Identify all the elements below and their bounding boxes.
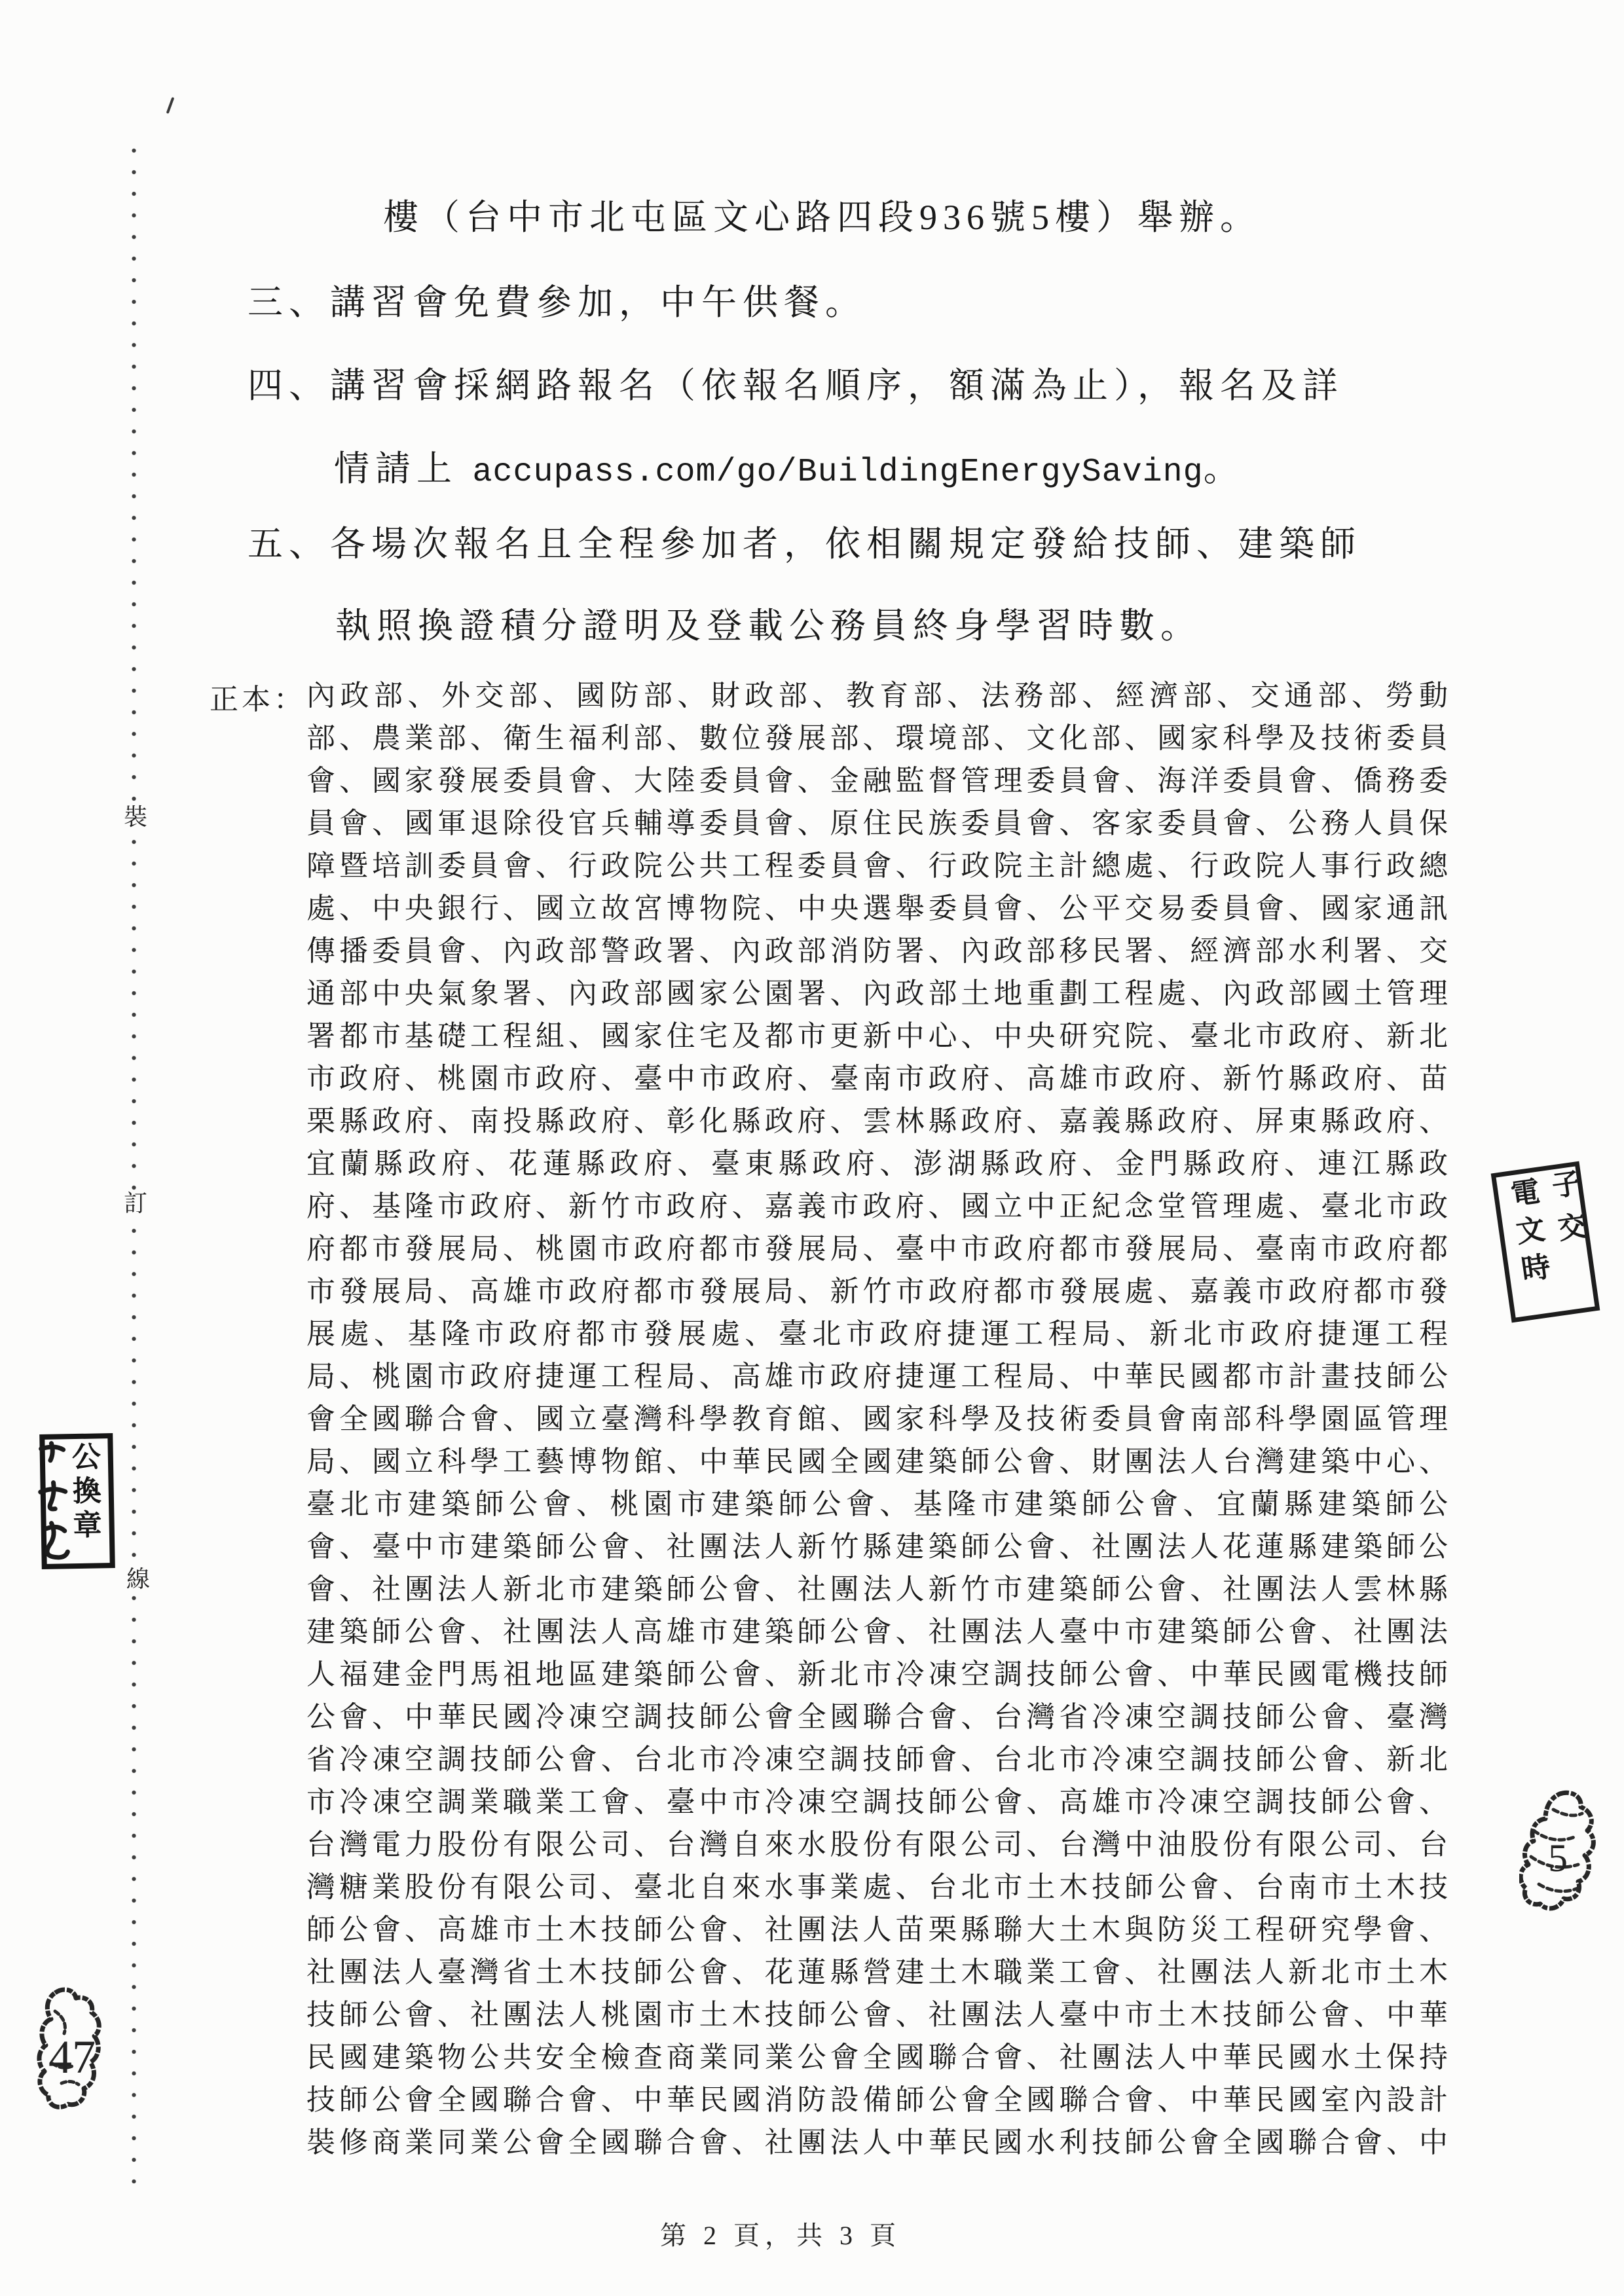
recipient-line: 會、國家發展委員會、大陸委員會、金融監督管理委員會、海洋委員會、僑務委 [306,759,1449,802]
recipient-line: 府、基隆市政府、新竹市政府、嘉義市政府、國立中正紀念堂管理處、臺北市政 [306,1185,1449,1228]
recipient-line: 內政部、外交部、國防部、財政部、教育部、法務部、經濟部、交通部、勞動 [306,674,1449,717]
recipient-line: 建築師公會、社團法人高雄市建築師公會、社團法人臺中市建築師公會、社團法 [306,1611,1449,1653]
recipient-line: 技師公會全國聯合會、中華民國消防設備師公會全國聯合會、中華民國室內設計 [306,2079,1449,2121]
registration-suffix-text: 。 [1204,449,1245,488]
recipient-line: 市冷凍空調業職業工會、臺中市冷凍空調技師公會、高雄市冷凍空調技師公會、 [306,1781,1449,1823]
recipient-line: 宜蘭縣政府、花蓮縣政府、臺東縣政府、澎湖縣政府、金門縣政府、連江縣政 [306,1142,1449,1185]
recipient-line: 會全國聯合會、國立臺灣科學教育館、國家科學及技術委員會南部科學園區管理 [306,1398,1449,1440]
recipients-list: 內政部、外交部、國防部、財政部、教育部、法務部、經濟部、交通部、勞動部、農業部、… [306,674,1449,2164]
recipient-line: 人福建金門馬祖地區建築師公會、新北市冷凍空調技師公會、中華民國電機技師 [306,1653,1449,1696]
recipient-line: 署都市基礎工程組、國家住宅及都市更新中心、中央研究院、臺北市政府、新北 [306,1015,1449,1057]
registration-prefix-text: 情請上 [334,449,473,488]
recipient-line: 社團法人臺灣省土木技師公會、花蓮縣營建土木職業工會、社團法人新北市土木 [306,1951,1449,1994]
list-item-five: 五、各場次報名且全程參加者，依相關規定發給技師、建築師 [248,523,1361,565]
recipients-label: 正本： [210,676,306,718]
seal-blob-5: 5 [1519,1789,1604,1929]
document-exchange-stamp: 公換章 [39,1433,115,1569]
recipient-line: 局、國立科學工藝博物館、中華民國全國建築師公會、財團法人台灣建築中心、 [306,1440,1449,1483]
scan-artifact-tick [166,97,175,114]
list-item-five-continuation: 執照換證積分證明及登載公務員終身學習時數。 [335,605,1202,647]
list-item-four: 四、講習會採網路報名（依報名順序，額滿為止），報名及詳 [248,365,1344,407]
seal-number-right: 5 [1548,1836,1568,1880]
recipient-line: 灣糖業股份有限公司、臺北自來水事業處、台北市土木技師公會、台南市土木技 [306,1866,1449,1908]
handwritten-marks [35,1436,72,1575]
recipient-line: 傳播委員會、內政部警政署、內政部消防署、內政部移民署、經濟部水利署、交 [306,930,1449,972]
seal-blob-47: 47 [33,1985,110,2124]
binding-label-zhuang: 裝 [122,804,149,830]
recipient-line: 員會、國軍退除役官兵輔導委員會、原住民族委員會、客家委員會、公務人員保 [306,802,1449,845]
binding-dotted-line [132,147,136,2183]
registration-url: accupass.com/go/BuildingEnergySaving [473,454,1204,491]
recipient-line: 展處、基隆市政府都市發展處、臺北市政府捷運工程局、新北市政府捷運工程 [306,1313,1449,1355]
venue-continuation-line: 樓（台中市北屯區文心路四段936號5樓）舉辦。 [383,196,1261,238]
document-page: 裝 訂 線 樓（台中市北屯區文心路四段936號5樓）舉辦。 三、講習會免費參加，… [0,0,1624,2296]
recipient-line: 市發展局、高雄市政府都市發展局、新竹市政府都市發展處、嘉義市政府都市發 [306,1270,1449,1313]
binding-label-ding: 訂 [122,1190,149,1216]
recipient-line: 會、臺中市建築師公會、社團法人新竹縣建築師公會、社團法人花蓮縣建築師公 [306,1525,1449,1568]
recipient-line: 局、桃園市政府捷運工程局、高雄市政府捷運工程局、中華民國都市計畫技師公 [306,1355,1449,1398]
recipient-line: 師公會、高雄市土木技師公會、社團法人苗栗縣聯大土木與防災工程研究學會、 [306,1908,1449,1951]
recipient-line: 處、中央銀行、國立故宮博物院、中央選舉委員會、公平交易委員會、國家通訊 [306,887,1449,930]
recipient-line: 市政府、桃園市政府、臺中市政府、臺南市政府、高雄市政府、新竹縣政府、苗 [306,1057,1449,1100]
list-item-four-continuation: 情請上 accupass.com/go/BuildingEnergySaving… [334,448,1245,494]
electronic-exchange-stamp: 電文時 子交 [1491,1161,1600,1323]
recipient-line: 臺北市建築師公會、桃園市建築師公會、基隆市建築師公會、宜蘭縣建築師公 [306,1483,1449,1525]
list-item-three: 三、講習會免費參加，中午供餐。 [248,282,866,323]
recipient-line: 省冷凍空調技師公會、台北市冷凍空調技師會、台北市冷凍空調技師公會、新北 [306,1738,1449,1781]
recipient-line: 公會、中華民國冷凍空調技師公會全國聯合會、台灣省冷凍空調技師公會、臺灣 [306,1696,1449,1738]
footer-page-indicator: 第 2 頁，共 3 頁 [660,2215,901,2252]
recipient-line: 會、社團法人新北市建築師公會、社團法人新竹市建築師公會、社團法人雲林縣 [306,1568,1449,1611]
recipient-line: 技師公會、社團法人桃園市土木技師公會、社團法人臺中市土木技師公會、中華 [306,1994,1449,2036]
recipient-line: 栗縣政府、南投縣政府、彰化縣政府、雲林縣政府、嘉義縣政府、屏東縣政府、 [306,1100,1449,1142]
recipient-line: 裝修商業同業公會全國聯合會、社團法人中華民國水利技師公會全國聯合會、中 [306,2121,1449,2164]
recipient-line: 部、農業部、衛生福利部、數位發展部、環境部、文化部、國家科學及技術委員 [306,717,1449,759]
binding-label-xian: 線 [124,1566,152,1592]
recipient-line: 府都市發展局、桃園市政府都市發展局、臺中市政府都市發展局、臺南市政府都 [306,1228,1449,1270]
recipient-line: 台灣電力股份有限公司、台灣自來水股份有限公司、台灣中油股份有限公司、台 [306,1823,1449,1866]
seal-number-left: 47 [48,2031,96,2083]
recipient-line: 民國建築物公共安全檢查商業同業公會全國聯合會、社團法人中華民國水土保持 [306,2036,1449,2079]
recipient-line: 障暨培訓委員會、行政院公共工程委員會、行政院主計總處、行政院人事行政總 [306,845,1449,887]
recipient-line: 通部中央氣象署、內政部國家公園署、內政部土地重劃工程處、內政部國土管理 [306,972,1449,1015]
